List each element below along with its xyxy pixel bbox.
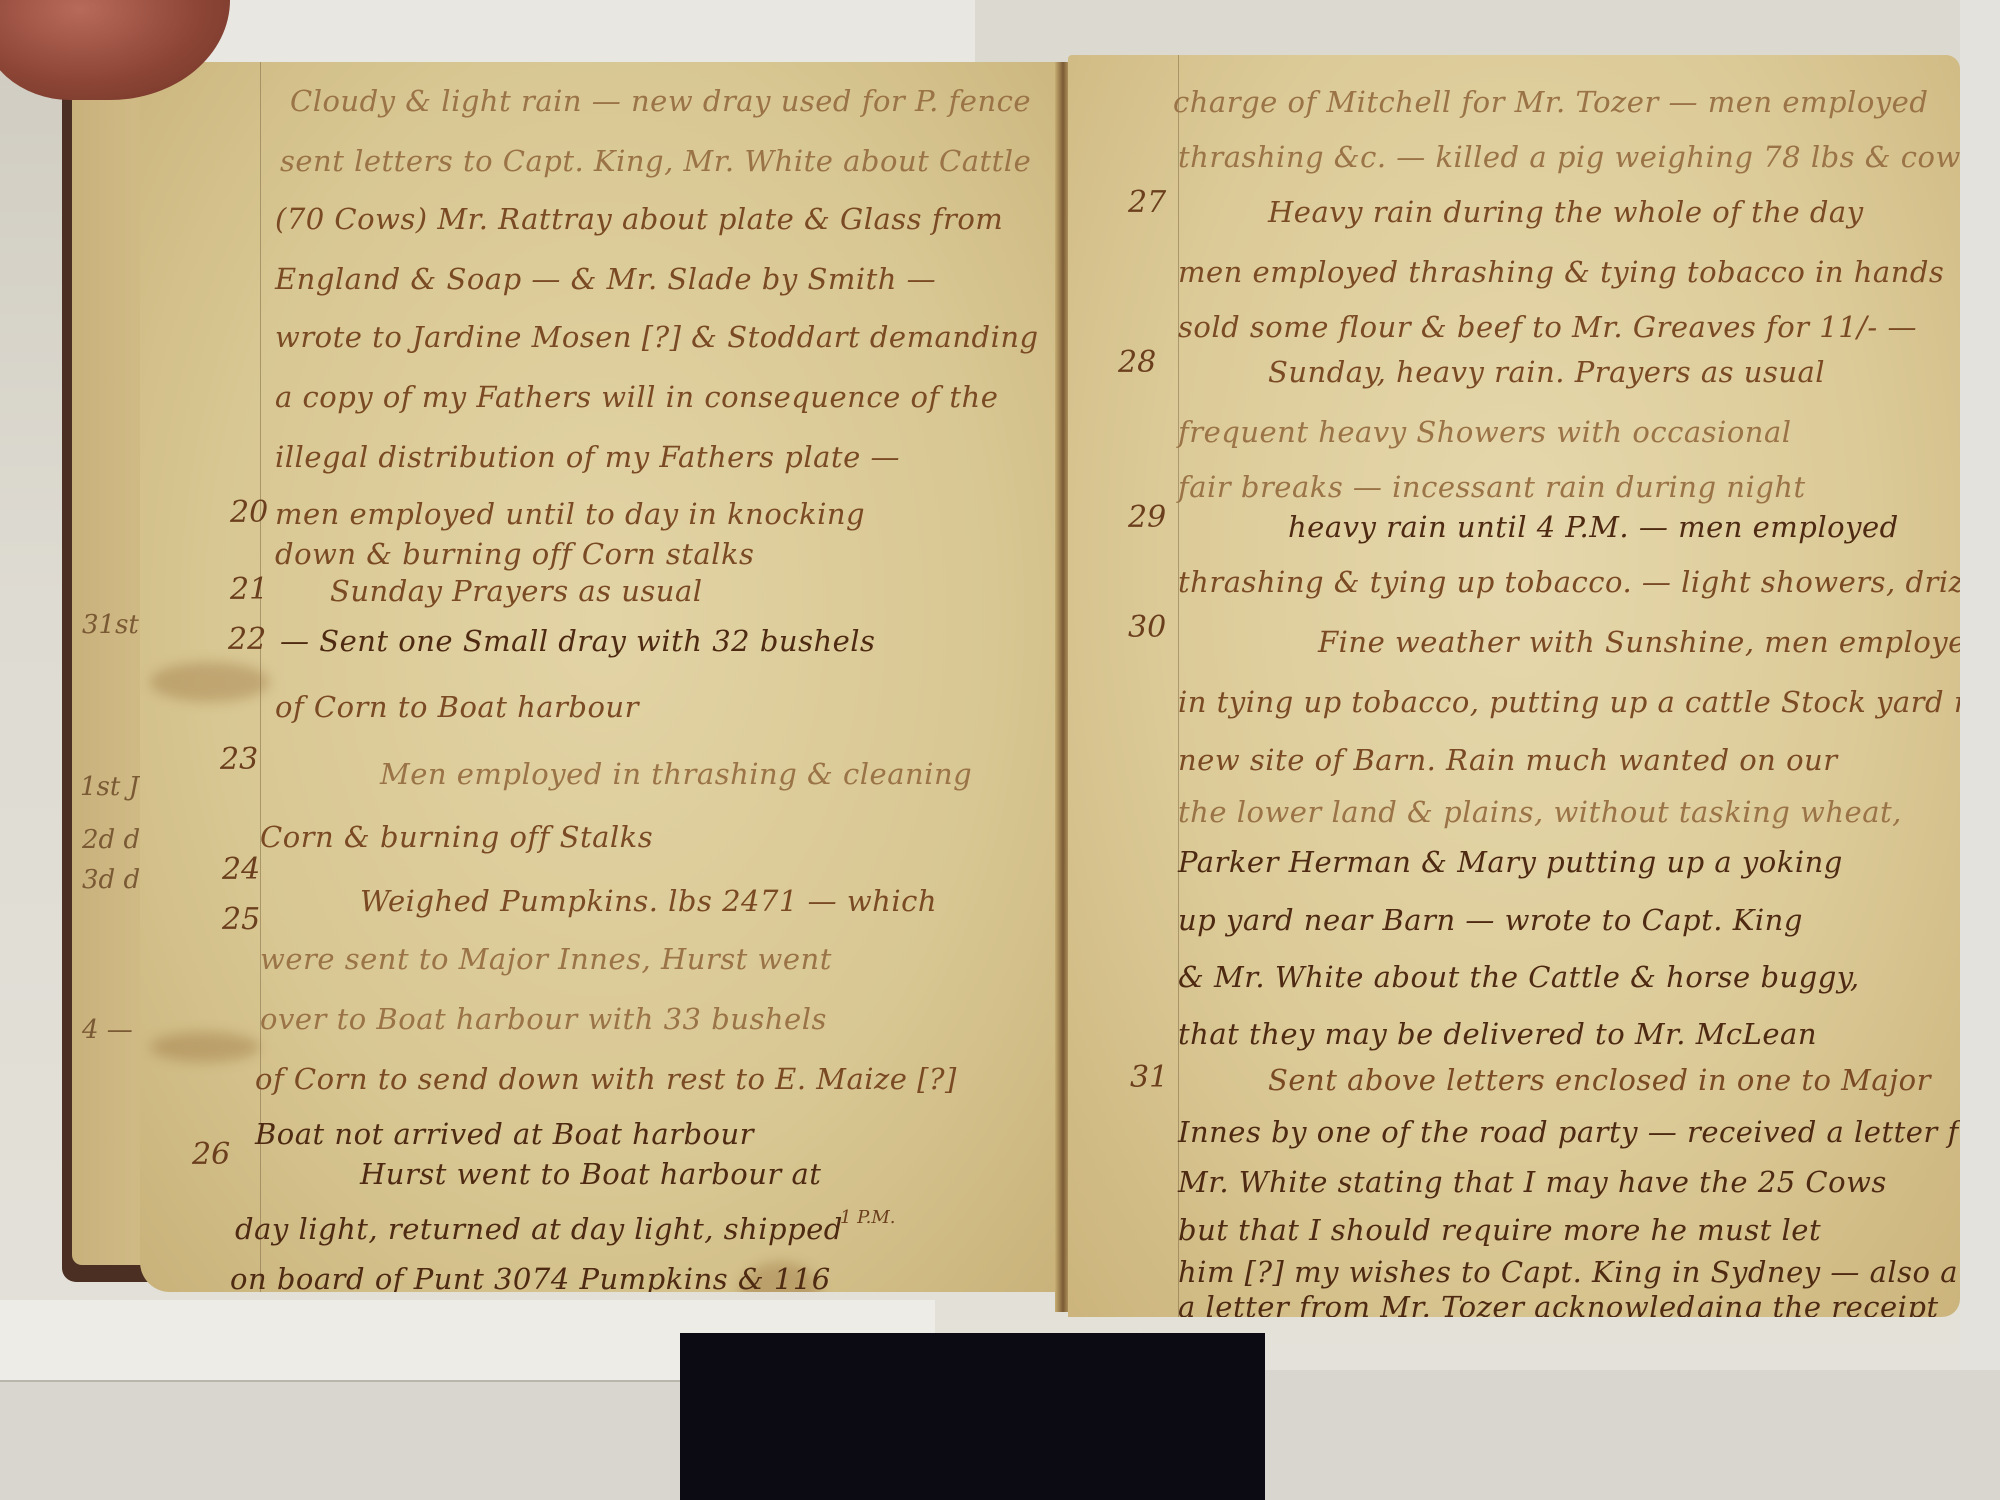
entry-line: thrashing & tying up tobacco. — light sh… bbox=[1178, 565, 1960, 599]
entry-line: over to Boat harbour with 33 bushels bbox=[260, 1002, 827, 1036]
entry-line: new site of Barn. Rain much wanted on ou… bbox=[1178, 743, 1838, 777]
entry-line: of Corn to Boat harbour bbox=[275, 690, 639, 724]
entry-line: down & burning off Corn stalks bbox=[275, 537, 754, 571]
entry-line: Sent above letters enclosed in one to Ma… bbox=[1268, 1063, 1931, 1097]
entry-date: 30 bbox=[1128, 610, 1166, 645]
support-board-edge bbox=[1960, 0, 2000, 1500]
entry-date: 23 bbox=[220, 742, 258, 777]
entry-date: 20 bbox=[230, 495, 268, 530]
entry-line: men employed until to day in knocking bbox=[275, 497, 865, 531]
entry-line: up yard near Barn — wrote to Capt. King bbox=[1178, 903, 1803, 937]
entry-line: Heavy rain during the whole of the day bbox=[1268, 195, 1864, 229]
black-reference-card bbox=[680, 1333, 1265, 1500]
entry-line: sold some flour & beef to Mr. Greaves fo… bbox=[1178, 310, 1917, 344]
loose-leaf-line: 4 — bbox=[82, 1015, 133, 1045]
entry-line: men employed thrashing & tying tobacco i… bbox=[1178, 255, 1944, 289]
entry-line: Hurst went to Boat harbour at bbox=[360, 1157, 821, 1191]
entry-line: that they may be delivered to Mr. McLean bbox=[1178, 1017, 1817, 1051]
entry-line: Sunday Prayers as usual bbox=[330, 574, 703, 608]
loose-leaf-line: 2d d bbox=[82, 825, 140, 855]
entry-line: (70 Cows) Mr. Rattray about plate & Glas… bbox=[275, 202, 1003, 236]
entry-date: 31 bbox=[1130, 1060, 1168, 1095]
entry-line: Boat not arrived at Boat harbour bbox=[255, 1117, 754, 1151]
entry-line: frequent heavy Showers with occasional bbox=[1178, 415, 1792, 449]
entry-line: fair breaks — incessant rain during nigh… bbox=[1178, 470, 1806, 504]
entry-line: Weighed Pumpkins. lbs 2471 — which bbox=[360, 884, 937, 918]
entry-line: illegal distribution of my Fathers plate… bbox=[275, 440, 900, 474]
loose-leaf-line: 3d d bbox=[82, 865, 140, 895]
ink-stain bbox=[150, 662, 270, 702]
entry-line: Innes by one of the road party — receive… bbox=[1178, 1115, 1960, 1149]
entry-date: 25 bbox=[222, 902, 260, 937]
entry-line: the lower land & plains, without tasking… bbox=[1178, 795, 1902, 829]
entry-line: in tying up tobacco, putting up a cattle… bbox=[1178, 685, 1960, 719]
entry-line: but that I should require more he must l… bbox=[1178, 1213, 1821, 1247]
entry-line: & Mr. White about the Cattle & horse bug… bbox=[1178, 960, 1860, 994]
right-page: charge of Mitchell for Mr. Tozer — men e… bbox=[1068, 55, 1960, 1317]
entry-line: were sent to Major Innes, Hurst went bbox=[260, 942, 832, 976]
entry-line: Fine weather with Sunshine, men employed bbox=[1318, 625, 1960, 659]
entry-line: Parker Herman & Mary putting up a yoking bbox=[1178, 845, 1843, 879]
entry-line: England & Soap — & Mr. Slade by Smith — bbox=[275, 262, 936, 296]
entry-line: thrashing &c. — killed a pig weighing 78… bbox=[1178, 140, 1960, 174]
entry-line: — Sent one Small dray with 32 bushels bbox=[280, 624, 875, 658]
entry-line: Cloudy & light rain — new dray used for … bbox=[290, 84, 1031, 118]
entry-line: Men employed in thrashing & cleaning bbox=[380, 757, 972, 791]
entry-line: heavy rain until 4 P.M. — men employed bbox=[1288, 510, 1899, 544]
entry-line: on board of Punt 3074 Pumpkins & 116 bbox=[230, 1262, 831, 1292]
entry-date: 24 bbox=[222, 852, 260, 887]
entry-line: a letter from Mr. Tozer acknowledging th… bbox=[1178, 1290, 1939, 1317]
entry-line: charge of Mitchell for Mr. Tozer — men e… bbox=[1173, 85, 1928, 119]
entry-date: 27 bbox=[1128, 185, 1166, 220]
entry-line: Corn & burning off Stalks bbox=[260, 820, 653, 854]
entry-line: wrote to Jardine Mosen [?] & Stoddart de… bbox=[275, 320, 1039, 354]
entry-line: a copy of my Fathers will in consequence… bbox=[275, 380, 998, 414]
entry-line: of Corn to send down with rest to E. Mai… bbox=[255, 1062, 957, 1096]
entry-date: 22 bbox=[228, 622, 266, 657]
entry-date: 29 bbox=[1128, 500, 1166, 535]
left-page: Cloudy & light rain — new dray used for … bbox=[140, 62, 1065, 1292]
interlinear-note: 1 P.M. bbox=[840, 1207, 896, 1228]
entry-date: 26 bbox=[192, 1137, 230, 1172]
entry-line: Mr. White stating that I may have the 25… bbox=[1178, 1165, 1887, 1199]
entry-line: sent letters to Capt. King, Mr. White ab… bbox=[280, 144, 1031, 178]
entry-date: 21 bbox=[230, 572, 268, 607]
loose-leaf-line: 31st bbox=[82, 610, 139, 640]
ink-stain bbox=[150, 1032, 260, 1062]
entry-line: day light, returned at day light, shippe… bbox=[235, 1212, 843, 1246]
entry-line: Sunday, heavy rain. Prayers as usual bbox=[1268, 355, 1825, 389]
entry-line: him [?] my wishes to Capt. King in Sydne… bbox=[1178, 1255, 1958, 1289]
entry-date: 28 bbox=[1118, 345, 1156, 380]
